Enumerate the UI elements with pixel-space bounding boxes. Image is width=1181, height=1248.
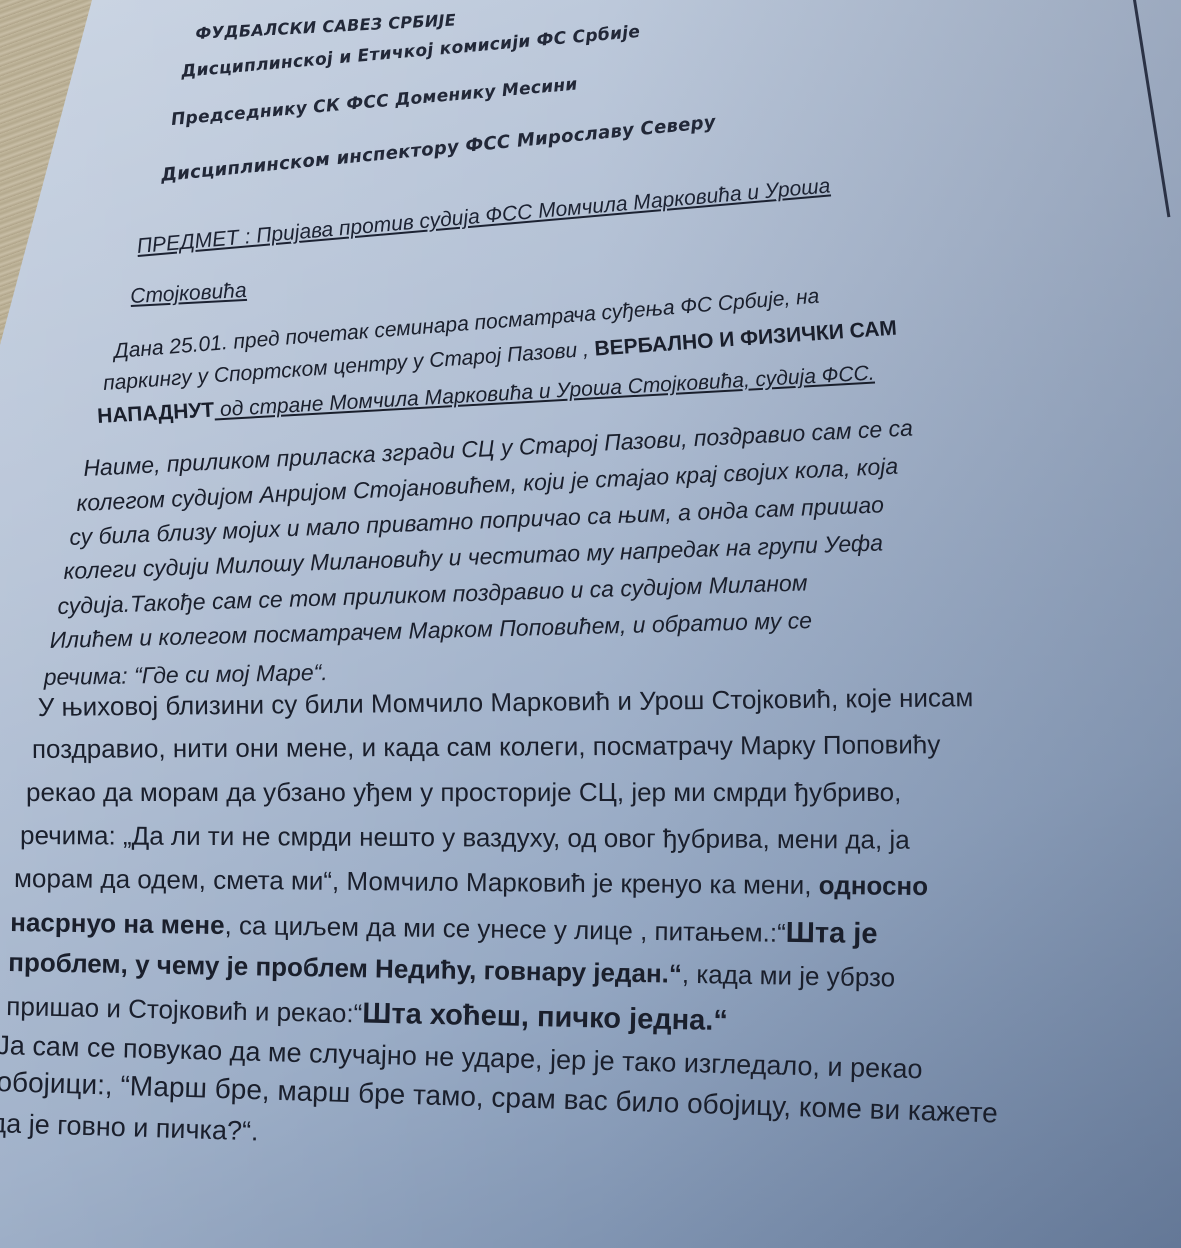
para3-text-3: , када ми је убрзо (682, 959, 896, 993)
para3-line-2: поздравио, нити они мене, и када сам кол… (32, 729, 941, 765)
para3-line-4: речима: „Да ли ти не смрди нешто у вазду… (20, 820, 910, 856)
para3-bold: односно (819, 870, 929, 901)
para3-text-2: , са циљем да ми се унесе у лице , питањ… (224, 910, 786, 948)
para3-bold-5: Шта хоћеш, пичко једна.“ (362, 997, 728, 1037)
subject-text-cont: Стојковића (130, 279, 247, 308)
para3-bold-2: насрнуо на мене (10, 907, 225, 940)
para3-line-3: рекао да морам да убзано уђем у простори… (26, 777, 901, 808)
para3-text-4: пришао и Стојковић и рекао:“ (6, 991, 363, 1028)
para2-line-7: речима: “Где си мој Маре“. (44, 659, 328, 691)
para3-bold-3: Шта је (786, 917, 878, 950)
para3-text: морам да одем, смета ми“, Момчило Марков… (14, 863, 819, 900)
